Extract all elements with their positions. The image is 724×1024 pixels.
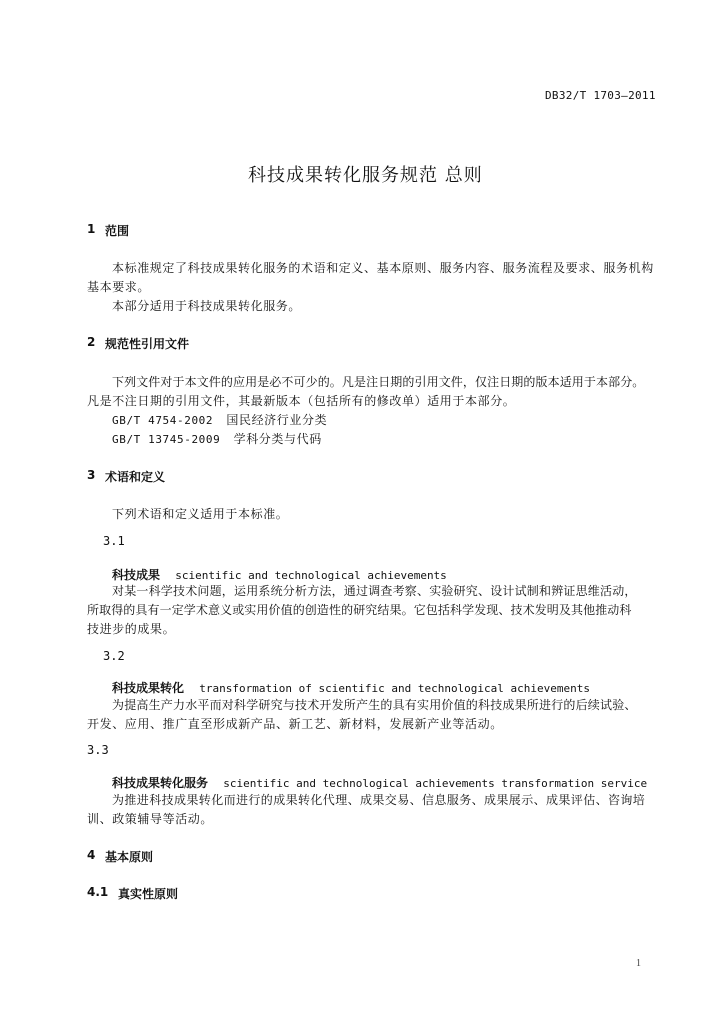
reference-item: GB/T 4754-2002 国民经济行业分类 bbox=[112, 411, 327, 428]
section-heading: 规范性引用文件 bbox=[105, 335, 189, 352]
term-title: 科技成果转化服务 scientific and technological ac… bbox=[112, 772, 647, 791]
term-number: 3.3 bbox=[87, 743, 109, 757]
term-zh: 科技成果转化服务 bbox=[112, 776, 208, 790]
term-en: transformation of scientific and technol… bbox=[199, 682, 590, 695]
definition-line: 开发、应用、推广直至形成新产品、新工艺、新材料，发展新产业等活动。 bbox=[87, 715, 503, 732]
section-heading-number: 4 bbox=[87, 848, 95, 862]
paragraph-line: 下列文件对于本文件的应用是必不可少的。凡是注日期的引用文件，仅注日期的版本适用于… bbox=[112, 373, 644, 390]
definition-line: 训、政策辅导等活动。 bbox=[87, 810, 213, 827]
reference-code: GB/T 4754-2002 bbox=[112, 414, 213, 427]
definition-line: 对某一科学技术问题，运用系统分析方法，通过调查考察、实验研究、设计试制和辨证思维… bbox=[112, 582, 637, 599]
term-title: 科技成果转化 transformation of scientific and … bbox=[112, 677, 590, 696]
reference-name: 国民经济行业分类 bbox=[226, 413, 327, 427]
section-heading-number: 2 bbox=[87, 335, 95, 349]
term-number: 3.2 bbox=[103, 649, 125, 663]
section-heading-number: 1 bbox=[87, 222, 95, 236]
section-heading-number: 3 bbox=[87, 468, 95, 482]
section-heading: 范围 bbox=[105, 222, 129, 239]
definition-line: 技进步的成果。 bbox=[87, 620, 175, 637]
subsection-heading: 真实性原则 bbox=[118, 885, 178, 902]
term-zh: 科技成果转化 bbox=[112, 681, 184, 695]
term-en: scientific and technological achievement… bbox=[175, 569, 447, 582]
term-zh: 科技成果 bbox=[112, 568, 160, 582]
term-number: 3.1 bbox=[103, 534, 125, 548]
reference-item: GB/T 13745-2009 学科分类与代码 bbox=[112, 430, 322, 447]
term-title: 科技成果 scientific and technological achiev… bbox=[112, 564, 447, 583]
paragraph-line: 下列术语和定义适用于本标准。 bbox=[112, 505, 288, 522]
paragraph-line: 本部分适用于科技成果转化服务。 bbox=[112, 297, 301, 314]
reference-code: GB/T 13745-2009 bbox=[112, 433, 220, 446]
term-en: scientific and technological achievement… bbox=[223, 777, 647, 790]
section-heading: 基本原则 bbox=[105, 848, 153, 865]
definition-line: 为提高生产力水平而对科学研究与技术开发所产生的具有实用价值的科技成果所进行的后续… bbox=[112, 696, 637, 713]
subsection-number: 4.1 bbox=[87, 885, 108, 899]
page-number: 1 bbox=[636, 958, 641, 969]
definition-line: 为推进科技成果转化而进行的成果转化代理、成果交易、信息服务、成果展示、成果评估、… bbox=[112, 791, 645, 808]
reference-name: 学科分类与代码 bbox=[234, 432, 322, 446]
paragraph-line: 基本要求。 bbox=[87, 278, 150, 295]
paragraph-line: 凡是不注日期的引用文件，其最新版本（包括所有的修改单）适用于本部分。 bbox=[87, 392, 515, 409]
paragraph-line: 本标准规定了科技成果转化服务的术语和定义、基本原则、服务内容、服务流程及要求、服… bbox=[112, 259, 654, 276]
definition-line: 所取得的具有一定学术意义或实用价值的创造性的研究结果。它包括科学发现、技术发明及… bbox=[87, 601, 632, 618]
document-title: 科技成果转化服务规范 总则 bbox=[248, 161, 483, 187]
section-heading: 术语和定义 bbox=[105, 468, 165, 485]
standard-code: DB32/T 1703—2011 bbox=[545, 89, 656, 102]
